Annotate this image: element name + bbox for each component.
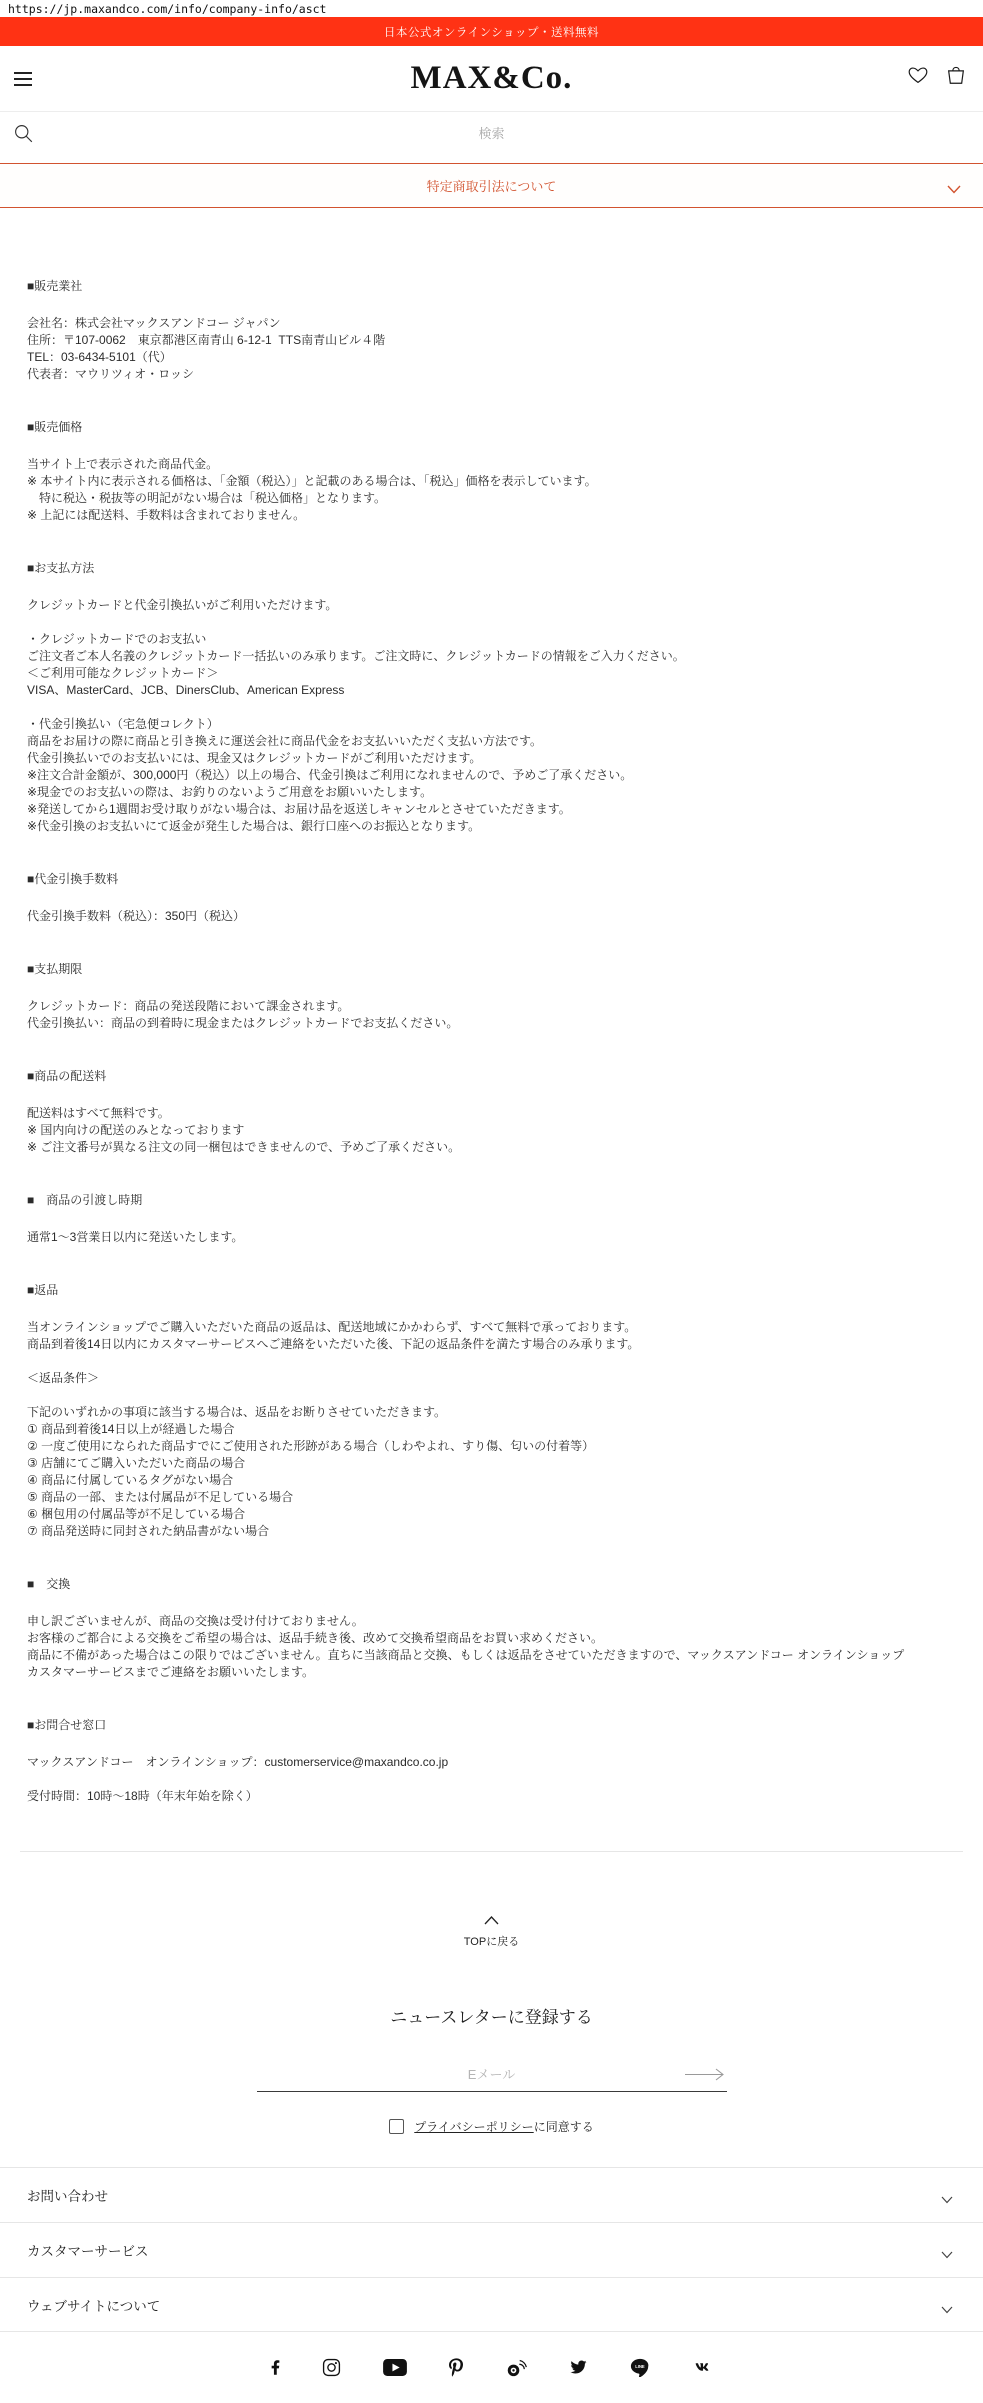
content-line: 当オンラインショップでご購入いただいた商品の返品は、配送地域にかかわらず、すべて… [27,1319,956,1336]
content-line: VISA、MasterCard、JCB、DinersClub、American … [27,682,956,699]
content-line: ③ 店舗にてご購入いただいた商品の場合 [27,1455,956,1472]
footer-item-label: ウェブサイトについて [27,2295,160,2315]
line-icon[interactable]: LINE [630,2357,650,2377]
content-line: 住所：〒107-0062 東京都港区南青山 6-12-1 TTS南青山ビル４階 [27,332,956,349]
content-line: 商品に不備があった場合はこの限りではございません。直ちに当該商品と交換、もしくは… [27,1647,956,1664]
content-line: 代金引換手数料（税込）：350円（税込） [27,908,956,925]
content-line: ※ 本サイト内に表示される価格は、「金額（税込）」と記載のある場合は、「税込」価… [27,473,956,490]
content-line: ⑤ 商品の一部、または付属品が不足している場合 [27,1489,956,1506]
content-line: 商品到着後14日以内にカスタマーサービスへご連絡をいただいた後、下記の返品条件を… [27,1336,956,1353]
back-to-top-link[interactable]: TOPに戻る [0,1916,983,1949]
vk-icon[interactable] [692,2357,712,2377]
footer-item-label: カスタマーサービス [27,2240,149,2260]
content-paragraph: ・クレジットカードでのお支払いご注文者ご本人名義のクレジットカード一括払いのみ承… [27,631,956,699]
search-input[interactable] [0,112,983,155]
wishlist-heart-icon[interactable] [907,64,929,86]
content-paragraph: 配送料はすべて無料です。※ 国内向けの配送のみとなっております※ ご注文番号が異… [27,1105,956,1156]
content-paragraph: 申し訳ございませんが、商品の交換は受け付けておりません。お客様のご都合による交換… [27,1613,956,1681]
content-paragraph: 代金引換手数料（税込）：350円（税込） [27,908,956,925]
content-line: TEL：03-6434-5101（代） [27,349,956,366]
back-to-top-label: TOPに戻る [464,1933,519,1949]
content-line: クレジットカードと代金引換払いがご利用いただけます。 [27,597,956,614]
promo-banner-text: 日本公式オンラインショップ・送料無料 [384,24,599,40]
content-paragraph: クレジットカードと代金引換払いがご利用いただけます。 [27,597,956,614]
search-bar [0,112,983,155]
section-heading: ■販売価格 [27,419,956,436]
section-heading: ■お支払方法 [27,560,956,577]
content-line: 申し訳ございませんが、商品の交換は受け付けておりません。 [27,1613,956,1630]
privacy-policy-link[interactable]: プライバシーポリシー [414,2120,533,2134]
newsletter-title: ニュースレターに登録する [0,2003,983,2028]
section-heading: ■お問合せ窓口 [27,1717,956,1734]
email-input[interactable] [257,2058,727,2091]
content-line: 代金引換払い：商品の到着時に現金またはクレジットカードでお支払ください。 [27,1015,956,1032]
content-line: ② 一度ご使用になられた商品すでにご使用された形跡がある場合（しわやよれ、すり傷… [27,1438,956,1455]
content-line: ① 商品到着後14日以上が経過した場合 [27,1421,956,1438]
content-line: ④ 商品に付属しているタグがない場合 [27,1472,956,1489]
content-line: ＜返品条件＞ [27,1370,956,1387]
section-heading: ■返品 [27,1282,956,1299]
facebook-icon[interactable] [271,2357,280,2377]
content-paragraph: 受付時間：10時～18時（年末年始を除く） [27,1788,956,1805]
footer-item-label: お問い合わせ [27,2185,108,2205]
newsletter-section: ニュースレターに登録する プライバシーポリシーに同意する [0,2003,983,2135]
search-icon[interactable] [13,123,34,149]
content-line: ※ 上記には配送料、手数料は含まれておりません。 [27,507,956,524]
footer-item-customer-service[interactable]: カスタマーサービス [0,2222,983,2277]
footer-item-about-website[interactable]: ウェブサイトについて [0,2277,983,2332]
chevron-up-icon [484,1916,499,1928]
newsletter-email-field [257,2058,727,2092]
content-line: ※ ご注文番号が異なる注文の同一梱包はできませんので、予めご了承ください。 [27,1139,956,1156]
content-paragraph: ・代金引換払い（宅急便コレクト）商品をお届けの際に商品と引き換えに運送会社に商品… [27,716,956,835]
content-line: ⑥ 梱包用の付属品等が不足している場合 [27,1506,956,1523]
content-line: ご注文者ご本人名義のクレジットカード一括払いのみ承ります。ご注文時に、クレジット… [27,648,956,665]
section-heading: ■ 交換 [27,1576,956,1593]
pinterest-icon[interactable] [449,2357,463,2377]
youtube-icon[interactable] [383,2357,407,2377]
content-line: マックスアンドコー オンラインショップ：customerservice@maxa… [27,1754,956,1771]
site-header: MAX&Co. [0,46,983,112]
content-line: 配送料はすべて無料です。 [27,1105,956,1122]
privacy-consent-row: プライバシーポリシーに同意する [0,2118,983,2135]
chevron-down-icon [941,2302,953,2317]
content-line: 受付時間：10時～18時（年末年始を除く） [27,1788,956,1805]
content-line: 商品をお届けの際に商品と引き換えに運送会社に商品代金をお支払いいただく支払い方法… [27,733,956,750]
content-line: カスタマーサービスまでご連絡をお願いいたします。 [27,1664,956,1681]
brand-logo[interactable]: MAX&Co. [0,60,983,97]
chevron-down-icon [941,2192,953,2207]
content-paragraph: ＜返品条件＞ [27,1370,956,1387]
privacy-consent-label: プライバシーポリシーに同意する [414,2118,593,2135]
section-heading: ■ 商品の引渡し時期 [27,1192,956,1209]
section-selector[interactable]: 特定商取引法について [0,163,983,208]
footer-accordion: お問い合わせ カスタマーサービス ウェブサイトについて [0,2167,983,2332]
content-line: ・代金引換払い（宅急便コレクト） [27,716,956,733]
content-line: お客様のご都合による交換をご希望の場合は、返品手続き後、改めて交換希望商品をお買… [27,1630,956,1647]
header-icons [907,64,967,86]
content-line: ※代金引換のお支払いにて返金が発生した場合は、銀行口座へのお振込となります。 [27,818,956,835]
content-paragraph: 下記のいずれかの事項に該当する場合は、返品をお断りさせていただきます。① 商品到… [27,1404,956,1540]
content-paragraph: マックスアンドコー オンラインショップ：customerservice@maxa… [27,1754,956,1771]
content-footer-divider [20,1851,963,1852]
content-line: 当サイト上で表示された商品代金。 [27,456,956,473]
section-selector-label: 特定商取引法について [427,176,557,195]
content-line: ・クレジットカードでのお支払い [27,631,956,648]
content-line: ※発送してから1週間お受け取りがない場合は、お届け品を返送しキャンセルとさせてい… [27,801,956,818]
content-line: ⑦ 商品発送時に同封された納品書がない場合 [27,1523,956,1540]
content-line: ※注文合計金額が、300,000円（税込）以上の場合、代金引換はご利用になれませ… [27,767,956,784]
content-paragraph: 当オンラインショップでご購入いただいた商品の返品は、配送地域にかかわらず、すべて… [27,1319,956,1353]
content-line: 代金引換払いでのお支払いには、現金又はクレジットカードがご利用いただけます。 [27,750,956,767]
content-paragraph: 会社名：株式会社マックスアンドコー ジャパン住所：〒107-0062 東京都港区… [27,315,956,383]
content-sections: ■販売業社会社名：株式会社マックスアンドコー ジャパン住所：〒107-0062 … [27,208,956,1805]
content-line: ※現金でのお支払いの際は、お釣りのないようご用意をお願いいたします。 [27,784,956,801]
address-bar[interactable]: https://jp.maxandco.com/info/company-inf… [0,0,983,17]
twitter-icon[interactable] [569,2357,588,2377]
section-heading: ■支払期限 [27,961,956,978]
footer-item-contact[interactable]: お問い合わせ [0,2167,983,2222]
shopping-bag-icon[interactable] [945,64,967,86]
svg-text:LINE: LINE [635,2363,645,2368]
content-line: 代表者：マウリツィオ・ロッシ [27,366,956,383]
content-line: 会社名：株式会社マックスアンドコー ジャパン [27,315,956,332]
content-line: ※ 国内向けの配送のみとなっております [27,1122,956,1139]
content-paragraph: 当サイト上で表示された商品代金。※ 本サイト内に表示される価格は、「金額（税込）… [27,456,956,524]
content-line: 特に税込・税抜等の明記がない場合は「税込価格」となります。 [27,490,956,507]
content-paragraph: 通常1～3営業日以内に発送いたします。 [27,1229,956,1246]
privacy-consent-suffix: に同意する [534,2120,594,2134]
section-heading: ■販売業社 [27,278,956,295]
content-line: 下記のいずれかの事項に該当する場合は、返品をお断りさせていただきます。 [27,1404,956,1421]
weibo-icon[interactable] [505,2357,527,2377]
content-line: ＜ご利用可能なクレジットカード＞ [27,665,956,682]
instagram-icon[interactable] [322,2357,341,2377]
promo-banner: 日本公式オンラインショップ・送料無料 [0,17,983,46]
social-links: LINE [0,2357,983,2377]
section-heading: ■代金引換手数料 [27,871,956,888]
content-paragraph: クレジットカード：商品の発送段階において課金されます。代金引換払い：商品の到着時… [27,998,956,1032]
section-heading: ■商品の配送料 [27,1068,956,1085]
privacy-checkbox[interactable] [389,2119,404,2134]
submit-arrow-icon[interactable] [685,2068,725,2086]
chevron-down-icon [947,182,961,197]
chevron-down-icon [941,2247,953,2262]
content-line: クレジットカード：商品の発送段階において課金されます。 [27,998,956,1015]
content-line: 通常1～3営業日以内に発送いたします。 [27,1229,956,1246]
